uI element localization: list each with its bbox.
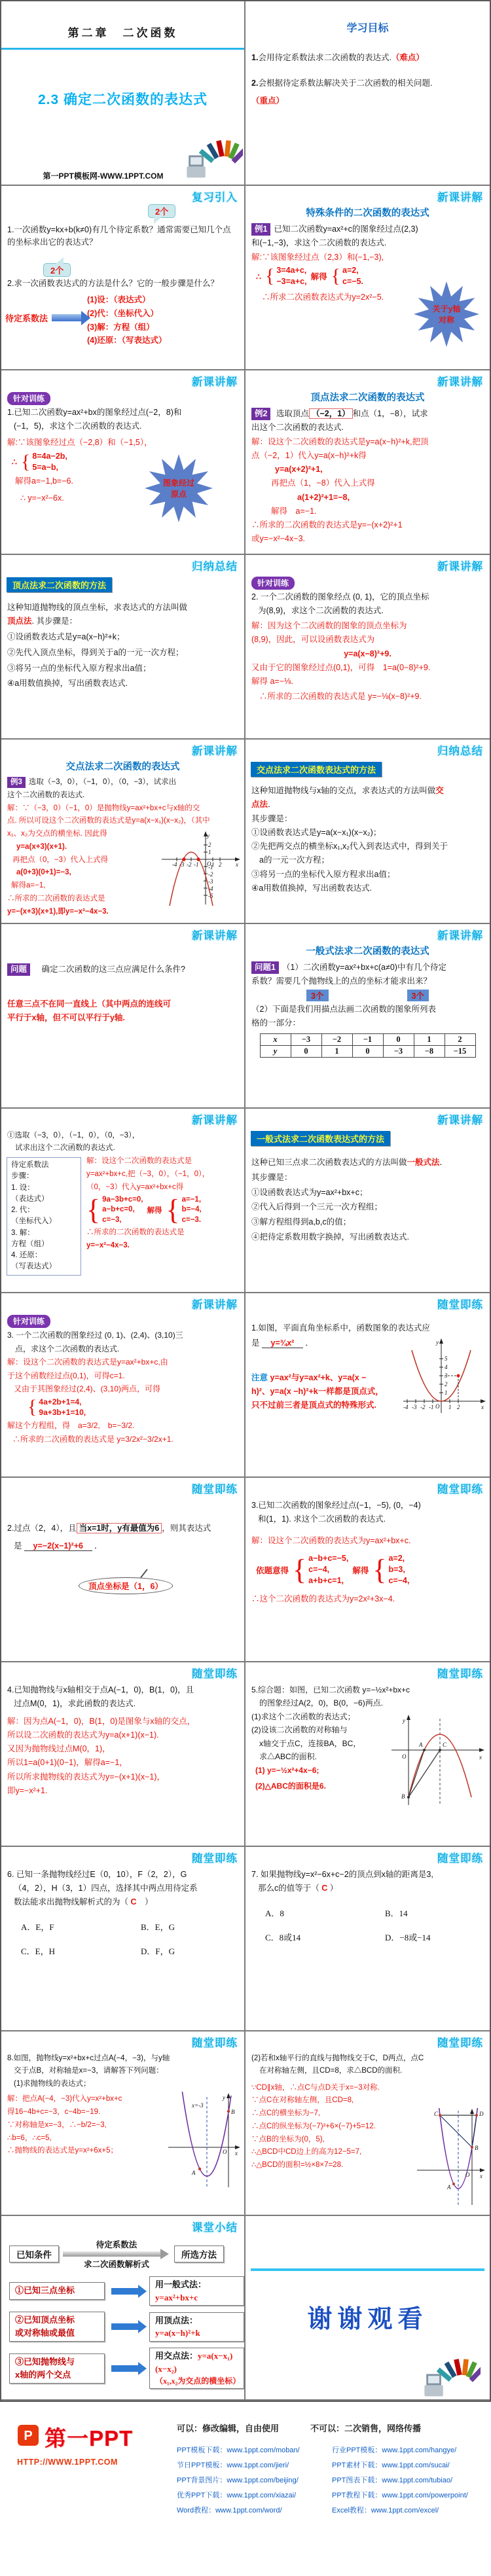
method-steps: (1)设：（表达式）(2)代：（坐标代入）(3)解：方程（组）(4)还原：（写表… — [87, 293, 167, 348]
slide-21[interactable]: 随堂即练6. 已知一条抛物线经过E（0，10），F（2，2），G（4，2），H（… — [1, 1847, 245, 2031]
table-cell: −2 — [321, 1034, 352, 1046]
answer-boxes: 3个3个 — [245, 990, 490, 1001]
text-line: 过点M(0，1)，求此函数的表达式. — [7, 1698, 238, 1710]
text-span: 平行于x轴，但不可以平行于y轴. — [7, 1013, 125, 1022]
svg-text:x: x — [479, 1754, 482, 1761]
slide-subtitle: 交点法求二次函数的表达式 — [1, 759, 244, 773]
section-header-label: 随堂即练 — [437, 1853, 483, 1865]
svg-text:y: y — [435, 1339, 439, 1346]
sidebox-line: 2. 代： — [11, 1205, 77, 1216]
text-span: 5.综合题：如图，已知二次函数 y=−½x²+bx+c — [251, 1685, 410, 1694]
parabola-graph: yxO -4-3-2-1 12 12345 — [395, 1336, 487, 1416]
text-line: ③将另一点的坐标代入原方程求出a值； — [251, 868, 484, 881]
slide-17[interactable]: 随堂即练2.过点（2，4），且当x=1时，y有最值为6，则其表达式是y=−2(x… — [1, 1478, 245, 1662]
equation-line: b=3, — [388, 1564, 409, 1575]
slide-1[interactable]: 第二章 二次函数2.3 确定二次函数的表达式 第一PPT模板网-WWW.1PPT… — [1, 1, 245, 186]
equation-line: 9a−3b+c=0, — [102, 1195, 143, 1206]
text-span: y=a(x+3)(x+1). — [16, 843, 67, 851]
choice-list: A．E，FB．E，GC．E，HD．F，G — [21, 1920, 244, 1957]
text-line: 数法能求出抛物线解析式的为（ C ） — [7, 1896, 238, 1908]
slide-14[interactable]: 新课讲解一般式法求二次函数表达式的方法这种已知三点求二次函数表达式的方法叫做一般… — [245, 1109, 490, 1293]
footer-link[interactable]: 优秀PPT下载：www.1ppt.com/xiazai/ — [177, 2490, 324, 2500]
text-span: ①设函数表达式是y=a(x−h)²+k； — [7, 632, 125, 641]
text-line: (8,9)，因此，可以设函数表达式为 — [251, 634, 484, 646]
text-span: 2. 一个二次函数的图象经点 (0, 1)，它的顶点坐标 — [251, 592, 429, 601]
svg-text:y: y — [206, 832, 209, 839]
system-prefix: 依题意得 — [256, 1564, 289, 1576]
text-line: ②代入后得到一个三元一次方程组； — [251, 1201, 484, 1213]
equation-line: 9a+3b+1=10, — [39, 1407, 86, 1418]
sidebox-line: （写表达式） — [11, 1261, 77, 1272]
svg-text:C: C — [434, 2111, 439, 2117]
slide-2[interactable]: 学习目标1.会用待定系数法求二次函数的表达式.（难点）2.会根据待定系数法解决关… — [245, 1, 490, 186]
text-line: 例2 选取顶点（−2，1）和点（1，−8），试求 — [251, 408, 484, 420]
text-line: 于这个函数经过点(0,1)，可得c=1. — [7, 1370, 238, 1382]
slide-section-header: 随堂即练 — [1, 1478, 244, 1497]
slide-5[interactable]: 新课讲解针对训练1.已知二次函数y=ax²+bx的图象经过点(−2，8)和(−1… — [1, 370, 245, 555]
section-header-label: 随堂即练 — [192, 1853, 238, 1865]
text-line: 2. 一个二次函数的图象经点 (0, 1)，它的顶点坐标 — [251, 591, 484, 603]
text-line: y=a(x−8)²+9. — [251, 648, 484, 660]
text-line: ②先代入顶点坐标，得到关于a的一元一次方程； — [7, 647, 238, 659]
text-span: 解：∵（−3，0）（−1，0）是抛物线y=ax²+bx+c与x轴的交 — [7, 804, 200, 812]
equation-system-row: {4a+2b+1=4,9a+3b+1=10, — [27, 1397, 244, 1418]
text-span: 只不过前三者是顶点式的特殊形式. — [251, 1401, 376, 1410]
text-line: 是y=−2(x−1)²+6． — [7, 1540, 238, 1552]
choice-option: D．F，G — [141, 1944, 244, 1957]
equation-lines: a−b+c=−5,c=−4,a+b+c=1, — [308, 1553, 348, 1586]
text-line: 针对训练 — [7, 392, 238, 405]
slide-section-header: 新课讲解 — [1, 740, 244, 759]
books-image — [423, 2355, 481, 2401]
slide-section-header: 新课讲解 — [1, 370, 244, 390]
method-box: 用顶点法：y=a(x−h)²+k — [149, 2312, 244, 2342]
first-ppt-logo-text[interactable]: 第一PPT — [45, 2422, 133, 2452]
text-span: 再把点（1，−8）代入上式得 — [271, 478, 375, 488]
footer-link[interactable]: PPT教程下载：www.1ppt.com/powerpoint/ — [332, 2490, 479, 2500]
svg-text:-4: -4 — [172, 861, 177, 868]
text-line: 所以1=a(0+1)(0−1)，解得a=−1， — [7, 1757, 238, 1769]
example-badge: 例3 — [7, 777, 26, 788]
text-span: ③解方程组得到a,b,c的值； — [251, 1217, 351, 1226]
text-line: 解这个方程组，得 a=3/2, b=−3/2. — [7, 1420, 238, 1431]
text-span: 交于点B，对称轴是x=−3，请解答下列问题： — [14, 2067, 164, 2075]
text-span: 确定二次函数的这三点应满足什么条件? — [33, 965, 185, 974]
text-span: x轴交于点C，连接BA，BC， — [259, 1739, 361, 1748]
right-arrow-icon — [63, 2251, 161, 2257]
text-span: 或y=−x²−4x−3. — [251, 534, 305, 543]
slide-section-header: 新课讲解 — [245, 924, 490, 944]
text-span: y=ax²+bx+c,把（−3，0），（−1，0）， — [86, 1170, 209, 1178]
equation-system: {a=2,c=−5. — [331, 265, 363, 287]
text-span: . 其步骤是： — [32, 617, 77, 626]
text-line: 解：设这个二次函数的表达式为y=ax²+bx+c. — [251, 1535, 484, 1547]
sidebox-line: 步骤： — [11, 1171, 77, 1182]
svg-text:O: O — [435, 1403, 440, 1410]
equation-lines: 4a+2b+1=4,9a+3b+1=10, — [39, 1397, 86, 1418]
text-line: 问题1（1）二次函数y=ax²+bx+c(a≠0)中有几个待定 — [251, 961, 484, 974]
equation-lines: 8=4a−2b,5=a−b, — [32, 451, 67, 473]
svg-text:O: O — [465, 2172, 470, 2178]
text-line: （2）下面是我们用描点法画二次函数的图象所列表 — [251, 1003, 484, 1016]
footer-link[interactable]: PPT背景图片：www.1ppt.com/beijing/ — [177, 2475, 324, 2485]
text-span: y=a(x+2)²+1, — [275, 465, 323, 474]
oval-tail — [141, 1569, 148, 1578]
text-line: 1.如图，平面直角坐标系中，函数图象的表达式应 — [251, 1322, 484, 1334]
right-arrow-icon — [111, 2288, 139, 2295]
footer-link[interactable]: PPT图表下载：www.1ppt.com/tubiao/ — [332, 2475, 479, 2485]
slide-8[interactable]: 新课讲解针对训练2. 一个二次函数的图象经点 (0, 1)，它的顶点坐标为(8,… — [245, 555, 490, 740]
text-span: 解：设这个二次函数的表达式是y=a(x−h)²+k,把顶 — [251, 437, 429, 446]
text-line: 系数？需要几个抛物线上的点的坐标才能求出来？ — [251, 975, 484, 988]
slide-section-header: 随堂即练 — [245, 1662, 490, 1682]
equation-system: {8=4a−2b,5=a−b, — [21, 451, 67, 473]
svg-text:y: y — [402, 1717, 405, 1724]
table-cell: 2 — [445, 1034, 475, 1046]
choice-option: B．E，G — [141, 1920, 244, 1933]
text-span: ②先把两交点的横坐标x₁,x₂代入到表达式中，得到关于 — [251, 842, 448, 851]
answer-blank: y=¾x² — [262, 1338, 304, 1348]
section-header-label: 随堂即练 — [437, 2037, 483, 2049]
text-span: (2)若和x轴平行的直线与抛物线交于C，D两点，点C — [251, 2054, 424, 2062]
example-badge: 例2 — [251, 408, 270, 420]
text-span: ∴所求二次函数表达式为y=2x²−5. — [262, 293, 384, 302]
text-span: 这种知道抛物线与x轴的交点，求表达式的方法叫做 — [251, 786, 435, 795]
text-span: 和(−1,−3)，求这个二次函数的表达式. — [251, 238, 386, 247]
text-line: 1.一次函数y=kx+b(k≠0)有几个待定系数？通常需要已知几个点的坐标求出它… — [7, 224, 238, 249]
blue-divider — [251, 2268, 484, 2271]
slide-20[interactable]: 随堂即练5.综合题：如图，已知二次函数 y=−½x²+bx+c的图象经过A(2，… — [245, 1662, 490, 1847]
table-cell: −3 — [291, 1034, 321, 1046]
method-label: 用一般式法： — [155, 2280, 206, 2289]
text-span: 解：因为点A(−1，0)，B(1，0)是图象与x轴的交点， — [7, 1717, 195, 1726]
text-span: 解得 a=−⅛. — [251, 677, 293, 686]
text-span: 任意三点不在同一直线上（其中两点的连线可 — [7, 999, 171, 1009]
text-line: 顶点法. 其步骤是： — [7, 615, 238, 628]
thanks-title: 谢谢观看 — [245, 2299, 490, 2334]
equation-system: {a−b+c=−5,c=−4,a+b+c=1, — [293, 1553, 348, 1586]
text-span: 试求出这个二次函数的表达式. — [15, 1144, 115, 1152]
starburst-text: 关于y轴 对称 — [433, 303, 461, 325]
text-span: ∴抛物线的表达式是y=x²+6x+5； — [7, 2147, 118, 2155]
footer-links: PPT模板下载：www.1ppt.com/moban/行业PPT模板：www.1… — [177, 2444, 479, 2515]
text-line: 所以设二次函数的表达式为y=a(x+1)(x−1). — [7, 1729, 238, 1742]
text-line: ①设函数表达式是y=a(x−h)²+k； — [7, 631, 238, 643]
svg-text:-5: -5 — [208, 893, 213, 899]
section-header-label: 随堂即练 — [192, 2037, 238, 2049]
slide-26[interactable]: 谢谢观看 — [245, 2216, 490, 2401]
text-span: 和(1，1). 求这个二次函数的表达式. — [258, 1514, 386, 1524]
text-span: (1) y=−½x²+4x−6; — [255, 1766, 319, 1775]
text-line: 这种知道抛物线与x轴的交点，求表达式的方法叫做交 — [251, 785, 484, 797]
slide-16[interactable]: 随堂即练1.如图，平面直角坐标系中，函数图象的表达式应 yxO -4-3-2-1… — [245, 1293, 490, 1478]
text-line: ③解方程组得到a,b,c的值； — [251, 1216, 484, 1228]
footer-link[interactable]: 行业PPT模板：www.1ppt.com/hangye/ — [332, 2444, 479, 2455]
text-span: 解：设这个二次函数的表达式是y=ax²+bx+c,由 — [7, 1357, 168, 1367]
text-line: 2.会根据待定系数法解决关于二次函数的相关问题. — [251, 77, 484, 90]
section-header-label: 归纳总结 — [192, 561, 238, 573]
text-span: （0，−3）代入y=ax²+bx+c得 — [86, 1183, 183, 1191]
table-cell: x — [260, 1034, 291, 1046]
equation-line: 3=4a+c, — [276, 265, 306, 276]
text-line: ∴这个二次函数的表达式为y=2x²+3x−4. — [251, 1593, 484, 1605]
text-span: 2.求一次函数表达式的方法是什么？它的一般步骤是什么？ — [7, 279, 219, 288]
slide-15[interactable]: 新课讲解针对训练3. 一个二次函数的图象经过 (0, 1)、(2,4)、(3,1… — [1, 1293, 245, 1478]
flow-arrow-mid: 待定系数法求二次函数解析式 — [63, 2238, 170, 2270]
slide-9[interactable]: 新课讲解交点法求二次函数的表达式例3选取（−3，0），（−1，0），（0，−3）… — [1, 740, 245, 924]
text-line: ③将另一点的坐标代入原方程求出a值； — [7, 662, 238, 675]
text-line: 只不过前三者是顶点式的特殊形式. — [251, 1399, 392, 1412]
equation-system: {a=−1,b=−4,c=−3. — [166, 1195, 201, 1226]
text-span: a(1+2)²+1=−8, — [297, 493, 350, 502]
slide-22[interactable]: 随堂即练7. 如果抛物线y=x²−6x+c−2的顶点到x轴的距离是3,那么c的值… — [245, 1847, 490, 2031]
text-span: 4.已知抛物线与x轴相交于点A(−1，0)，B(1，0)，且 — [7, 1685, 194, 1694]
text-line: 8.如图，抛物线y=x²+bx+c过点A(−4，−3)，与y轴 — [7, 2053, 238, 2064]
footer-link[interactable]: Word教程：www.1ppt.com/word/ — [177, 2505, 324, 2515]
text-line: 任意三点不在同一直线上（其中两点的连线可 — [7, 998, 238, 1011]
text-span: h)²、y=a(x −h)²+k一样都是顶点式， — [251, 1387, 384, 1396]
section-header-label: 新课讲解 — [437, 192, 483, 204]
footer-link[interactable]: PPT模板下载：www.1ppt.com/moban/ — [177, 2444, 324, 2455]
text-span: ①设函数表达式为y=ax²+bx+c； — [251, 1188, 367, 1197]
choice-option: A．8 — [265, 1906, 380, 1919]
slide-23[interactable]: 随堂即练8.如图，抛物线y=x²+bx+c过点A(−4，−3)，与y轴交于点B，… — [1, 2031, 245, 2216]
steps-sidebox: 待定系数法步骤：1. 设：（表达式）2. 代：（坐标代入）3. 解：方程（组）4… — [7, 1157, 81, 1276]
svg-text:D: D — [479, 2111, 484, 2117]
text-span: ②代入后得到一个三元一次方程组； — [251, 1202, 382, 1211]
equation-system-row: {9a−3b+c=0,a−b+c=0,c=−3,解得{a=−1,b=−4,c=−… — [86, 1195, 244, 1226]
text-span: 得16−4b+c=−3，c−4b=−19. — [7, 2108, 100, 2116]
equation-system-row: ∴{3=4a+c,−3=a+c,解得{a=2,c=−5. — [256, 265, 490, 287]
method-box: 用一般式法：y=ax²+bx+c — [149, 2276, 244, 2306]
text-line: 1.会用待定系数法求二次函数的表达式.（难点） — [251, 52, 484, 64]
slide-3[interactable]: 复习引入2个1.一次函数y=kx+b(k≠0)有几个待定系数？通常需要已知几个点… — [1, 186, 245, 370]
text-line: 又由于它的图象经过点(0,1)，可得 1=a(0−8)²+9. — [251, 662, 484, 674]
text-span: (2)设该二次函数的对称轴与 — [251, 1725, 348, 1734]
text-span: 其步骤是： — [251, 1173, 293, 1182]
slide-subtitle: 顶点法求二次函数的表达式 — [245, 390, 490, 404]
text-span: 会用待定系数法求二次函数的表达式. — [258, 53, 391, 62]
summary-flow-row: ①已知三点坐标用一般式法：y=ax²+bx+c — [9, 2276, 244, 2306]
boxtitle-wrap: 交点法求二次函数表达式的方法 — [245, 759, 490, 782]
text-line: 3. 一个二次函数的图象经过 (0, 1)、(2,4)、(3,10)三 — [7, 1329, 238, 1341]
footer-link[interactable]: 节日PPT模板：www.1ppt.com/jieri/ — [177, 2460, 324, 2470]
highlight-box: 当x=1时，y有最值为6 — [77, 1523, 162, 1533]
svg-text:O: O — [402, 1753, 407, 1760]
condition-box: ③已知抛物线与 x轴的两个交点 — [9, 2353, 105, 2384]
text-span: y=ax²与y=ax²+k、y=a(x − — [268, 1373, 366, 1382]
section-header-label: 随堂即练 — [192, 1668, 238, 1680]
text-span: 是 — [14, 1541, 22, 1550]
method-label: 用顶点法： — [155, 2316, 198, 2325]
text-span: 过点M(0，1)，求此函数的表达式. — [14, 1699, 136, 1708]
table-row: y010−3−8−15 — [260, 1046, 475, 1058]
text-span: 又由于它的图象经过点(0,1)，可得 1=a(0−8)²+9. — [251, 663, 430, 672]
text-span: 解：设这个二次函数的表达式是 — [86, 1157, 192, 1165]
svg-text:A: A — [418, 1742, 423, 1748]
brace-glyph: { — [265, 268, 274, 284]
right-arrow-icon — [111, 2323, 139, 2330]
equation-system: {4a+2b+1=4,9a+3b+1=10, — [27, 1397, 86, 1418]
text-span: 这种知道抛物线的顶点坐标，求表达式的方法叫做 — [7, 603, 187, 612]
text-line: 又由于其图象经过(2,4)、(3,10)两点，可得 — [7, 1383, 238, 1395]
text-span: 解得a=−1,b=−6. — [15, 476, 73, 486]
speech-callout: 2个 — [43, 263, 71, 277]
svg-text:2: 2 — [445, 1381, 448, 1387]
footer-link[interactable]: Excel教程：www.1ppt.com/excel/ — [332, 2505, 479, 2515]
text-line: ①设函数表达式为y=ax²+bx+c； — [251, 1187, 484, 1199]
slide-12[interactable]: 新课讲解一般式法求二次函数的表达式问题1（1）二次函数y=ax²+bx+c(a≠… — [245, 924, 490, 1109]
text-line: 6. 已知一条抛物线经过E（0，10），F（2，2），G — [7, 1869, 238, 1881]
slide-section-header: 随堂即练 — [1, 2031, 244, 2051]
text-span: 3.已知二次函数的图象经过点(−1，−5), (0，−4) — [251, 1501, 421, 1510]
footer-brand: P 第一PPT HTTP://WWW.1PPT.COM — [17, 2422, 160, 2576]
text-line: ∵点C在对称轴左侧，且CD=8, — [251, 2095, 484, 2106]
sidebox-line: 方程（组） — [11, 1239, 77, 1250]
text-line: 这种知道抛物线的顶点坐标，求表达式的方法叫做 — [7, 601, 238, 614]
text-span: 7. 如果抛物线y=x²−6x+c−2的顶点到x轴的距离是3, — [251, 1870, 433, 1879]
text-span: 又因为抛物线过点M(0，1)， — [7, 1744, 111, 1753]
svg-text:-4: -4 — [208, 885, 213, 892]
callout-text: 2个 — [50, 266, 64, 276]
section-header-label: 新课讲解 — [437, 376, 483, 388]
slide-24[interactable]: 随堂即练(2)若和x轴平行的直线与抛物线交于C，D两点，点C在对称轴左侧，且CD… — [245, 2031, 490, 2216]
section-header-label: 复习引入 — [192, 192, 238, 204]
method-formula-note: （x₁,x₂为交点的横坐标） — [155, 2375, 238, 2387]
slide-grid: 第二章 二次函数2.3 确定二次函数的表达式 第一PPT模板网-WWW.1PPT… — [0, 0, 491, 2402]
equation-system-row: 依题意得{a−b+c=−5,c=−4,a+b+c=1,解得{a=2,b=3,c=… — [256, 1553, 490, 1586]
table-cell: −3 — [383, 1046, 414, 1058]
text-line: 解得 a=−⅛. — [251, 675, 484, 688]
first-ppt-logo-icon: P — [17, 2424, 39, 2450]
text-line: 为(8,9)，求这个二次函数的表达式. — [251, 605, 484, 617]
text-span: 是 — [251, 1338, 260, 1348]
text-span: ∴所求的二次函数的表达式是 y=−⅛(x−8)²+9. — [259, 692, 422, 701]
equation-lines: a=−1,b=−4,c=−3. — [182, 1195, 202, 1226]
table-cell: −8 — [414, 1046, 445, 1058]
text-span: ④a用数值换掉，写出函数表达式. — [251, 884, 372, 893]
svg-text:2: 2 — [208, 842, 211, 848]
text-span: （1）二次函数y=ax²+bx+c(a≠0)中有几个待定 — [282, 963, 446, 972]
slide-section-header: 随堂即练 — [245, 2031, 490, 2051]
text-span: ∴△BCD中CD边上的高为12−5=7, — [251, 2148, 361, 2156]
text-span: 系数？需要几个抛物线上的点的坐标才能求出来？ — [251, 976, 431, 986]
text-span: ． — [94, 1541, 103, 1550]
text-line: ④把待定系数用数字换掉，写出函数表达式. — [251, 1231, 484, 1243]
equation-line: c=−4, — [388, 1575, 409, 1586]
text-span: ． — [440, 1158, 448, 1167]
text-span: ． — [305, 1338, 314, 1348]
example-badge: 问题 — [7, 963, 30, 976]
text-span: 解：把点A(−4，−3)代入y=x²+bx+c — [7, 2095, 122, 2103]
sidebox-line: 1. 设： — [11, 1183, 77, 1194]
text-span: ①设函数表达式是y=a(x−x₁)(x−x₂)； — [251, 828, 381, 837]
text-line: ∵CD∥x轴，∴点C与点D关于x=−3对称. — [251, 2083, 484, 2094]
slide-6[interactable]: 新课讲解顶点法求二次函数的表达式例2 选取顶点（−2，1）和点（1，−8），试求… — [245, 370, 490, 555]
text-line: 问题 确定二次函数的这三点应满足什么条件? — [7, 963, 238, 976]
text-span: 顶点法 — [7, 617, 32, 626]
slide-section-header: 随堂即练 — [245, 1478, 490, 1497]
table-cell: 1 — [321, 1046, 352, 1058]
text-span: ④把待定系数用数字换掉，写出函数表达式. — [251, 1232, 409, 1242]
system-connector: 解得 — [147, 1205, 162, 1215]
svg-text:4: 4 — [445, 1364, 448, 1370]
slide-section-header: 随堂即练 — [1, 1847, 244, 1867]
text-line: 出这个二次函数的表达式. — [251, 421, 484, 434]
svg-text:B: B — [475, 2145, 479, 2151]
text-line: 解得 a=−1. — [251, 505, 484, 518]
footer-link[interactable]: PPT素材下载：www.1ppt.com/sucai/ — [332, 2460, 479, 2470]
text-span: 选取顶点 — [274, 409, 308, 418]
equation-lines: 9a−3b+c=0,a−b+c=0,c=−3, — [102, 1195, 143, 1226]
text-span: y=a(x−8)²+9. — [344, 649, 391, 658]
sidebox-line: （表达式） — [11, 1194, 77, 1205]
system-connector: 解得 — [352, 1564, 369, 1576]
footer: P 第一PPT HTTP://WWW.1PPT.COM 可以：修改编辑，自由使用… — [0, 2402, 491, 2576]
parabola-graph: yxO ACB — [382, 1711, 487, 1808]
known-condition-box: 已知条件 — [9, 2245, 59, 2263]
text-line: ②先把两交点的横坐标x₁,x₂代入到表达式中，得到关于 — [251, 840, 484, 853]
slide-7[interactable]: 归纳总结顶点法求二次函数的方法这种知道抛物线的顶点坐标，求表达式的方法叫做顶点法… — [1, 555, 245, 740]
boxtitle-wrap: 一般式法求二次函数表达式的方法 — [245, 1128, 490, 1151]
equation-system: {9a−3b+c=0,a−b+c=0,c=−3, — [86, 1195, 143, 1226]
text-span: 2.过点（2，4），且 — [7, 1524, 77, 1533]
text-span: 在对称轴左侧，且CD=8，求△BCD的面积. — [259, 2067, 402, 2075]
svg-text:C: C — [443, 1742, 447, 1748]
slide-section-header: 新课讲解 — [1, 1293, 244, 1313]
text-line: 和(1，1). 求这个二次函数的表达式. — [251, 1513, 484, 1526]
text-line: 5.综合题：如图，已知二次函数 y=−½x²+bx+c — [251, 1684, 484, 1696]
section-header-label: 新课讲解 — [192, 376, 238, 388]
slide-4[interactable]: 新课讲解特殊条件的二次函数的表达式例1已知二次函数y=ax²+c的图象经过点(2… — [245, 186, 490, 370]
slide-10[interactable]: 归纳总结交点法求二次函数表达式的方法这种知道抛物线与x轴的交点，求表达式的方法叫… — [245, 740, 490, 924]
callout-tail — [154, 217, 162, 224]
text-line: 又因为抛物线过点M(0，1)， — [7, 1743, 238, 1755]
text-span: 会根据待定系数法解决关于二次函数的相关问题. — [258, 79, 432, 88]
slide-13[interactable]: 新课讲解①选取（−3，0），（−1，0），（0，−3），试求出这个二次函数的表达… — [1, 1109, 245, 1293]
right-arrow-icon — [52, 314, 82, 321]
slide-18[interactable]: 随堂即练3.已知二次函数的图象经过点(−1，−5), (0，−4)和(1，1).… — [245, 1478, 490, 1662]
text-line: 在对称轴左侧，且CD=8，求△BCD的面积. — [251, 2066, 484, 2077]
slide-11[interactable]: 新课讲解问题 确定二次函数的这三点应满足什么条件?任意三点不在同一直线上（其中两… — [1, 924, 245, 1109]
method-title-box: 交点法求二次函数表达式的方法 — [251, 762, 382, 777]
svg-text:-2: -2 — [208, 871, 213, 878]
summary-flow-row: ③已知抛物线与 x轴的两个交点用交点法：y=a(x−x₁)(x−x₂)（x₁,x… — [9, 2348, 244, 2389]
section-header-label: 新课讲解 — [437, 561, 483, 573]
slide-19[interactable]: 随堂即练4.已知抛物线与x轴相交于点A(−1，0)，B(1，0)，且过点M(0，… — [1, 1662, 245, 1847]
text-line: (1)求抛物线的表达式； — [7, 2079, 238, 2090]
example-badge: 针对训练 — [7, 392, 50, 405]
choice-option: B．14 — [385, 1906, 490, 1919]
text-span: 点法 — [251, 800, 268, 809]
section-header-label: 新课讲解 — [192, 930, 238, 942]
text-line: 点（−2，1）代入y=a(x−h)²+k得 — [251, 450, 484, 462]
footer-url[interactable]: HTTP://WWW.1PPT.COM — [17, 2458, 160, 2467]
table-cell: 0 — [383, 1034, 414, 1046]
text-span: 解得 a=−1. — [271, 507, 316, 516]
text-line: 针对训练 — [7, 1315, 238, 1328]
method-title-box: 一般式法求二次函数表达式的方法 — [251, 1131, 390, 1146]
text-line: 即y=−x²+1. — [7, 1785, 238, 1797]
text-span: 格的一部分： — [251, 1018, 300, 1028]
slide-25[interactable]: 课堂小结已知条件待定系数法求二次函数解析式所选方法①已知三点坐标用一般式法：y=… — [1, 2216, 245, 2401]
slide-section-header: 随堂即练 — [245, 1293, 490, 1313]
text-span: ∴所求的二次函数的表达式是y=−(x+2)²+1 — [251, 520, 403, 529]
oval-text: 顶点坐标是（1，6） — [88, 1582, 163, 1591]
equation-line: b=−4, — [182, 1205, 202, 1215]
text-line: 解：∵（−3，0）（−1，0）是抛物线y=ax²+bx+c与x轴的交 — [7, 803, 238, 814]
text-span: 的图象经过A(2，0)，B(0，−6)两点. — [259, 1698, 383, 1708]
